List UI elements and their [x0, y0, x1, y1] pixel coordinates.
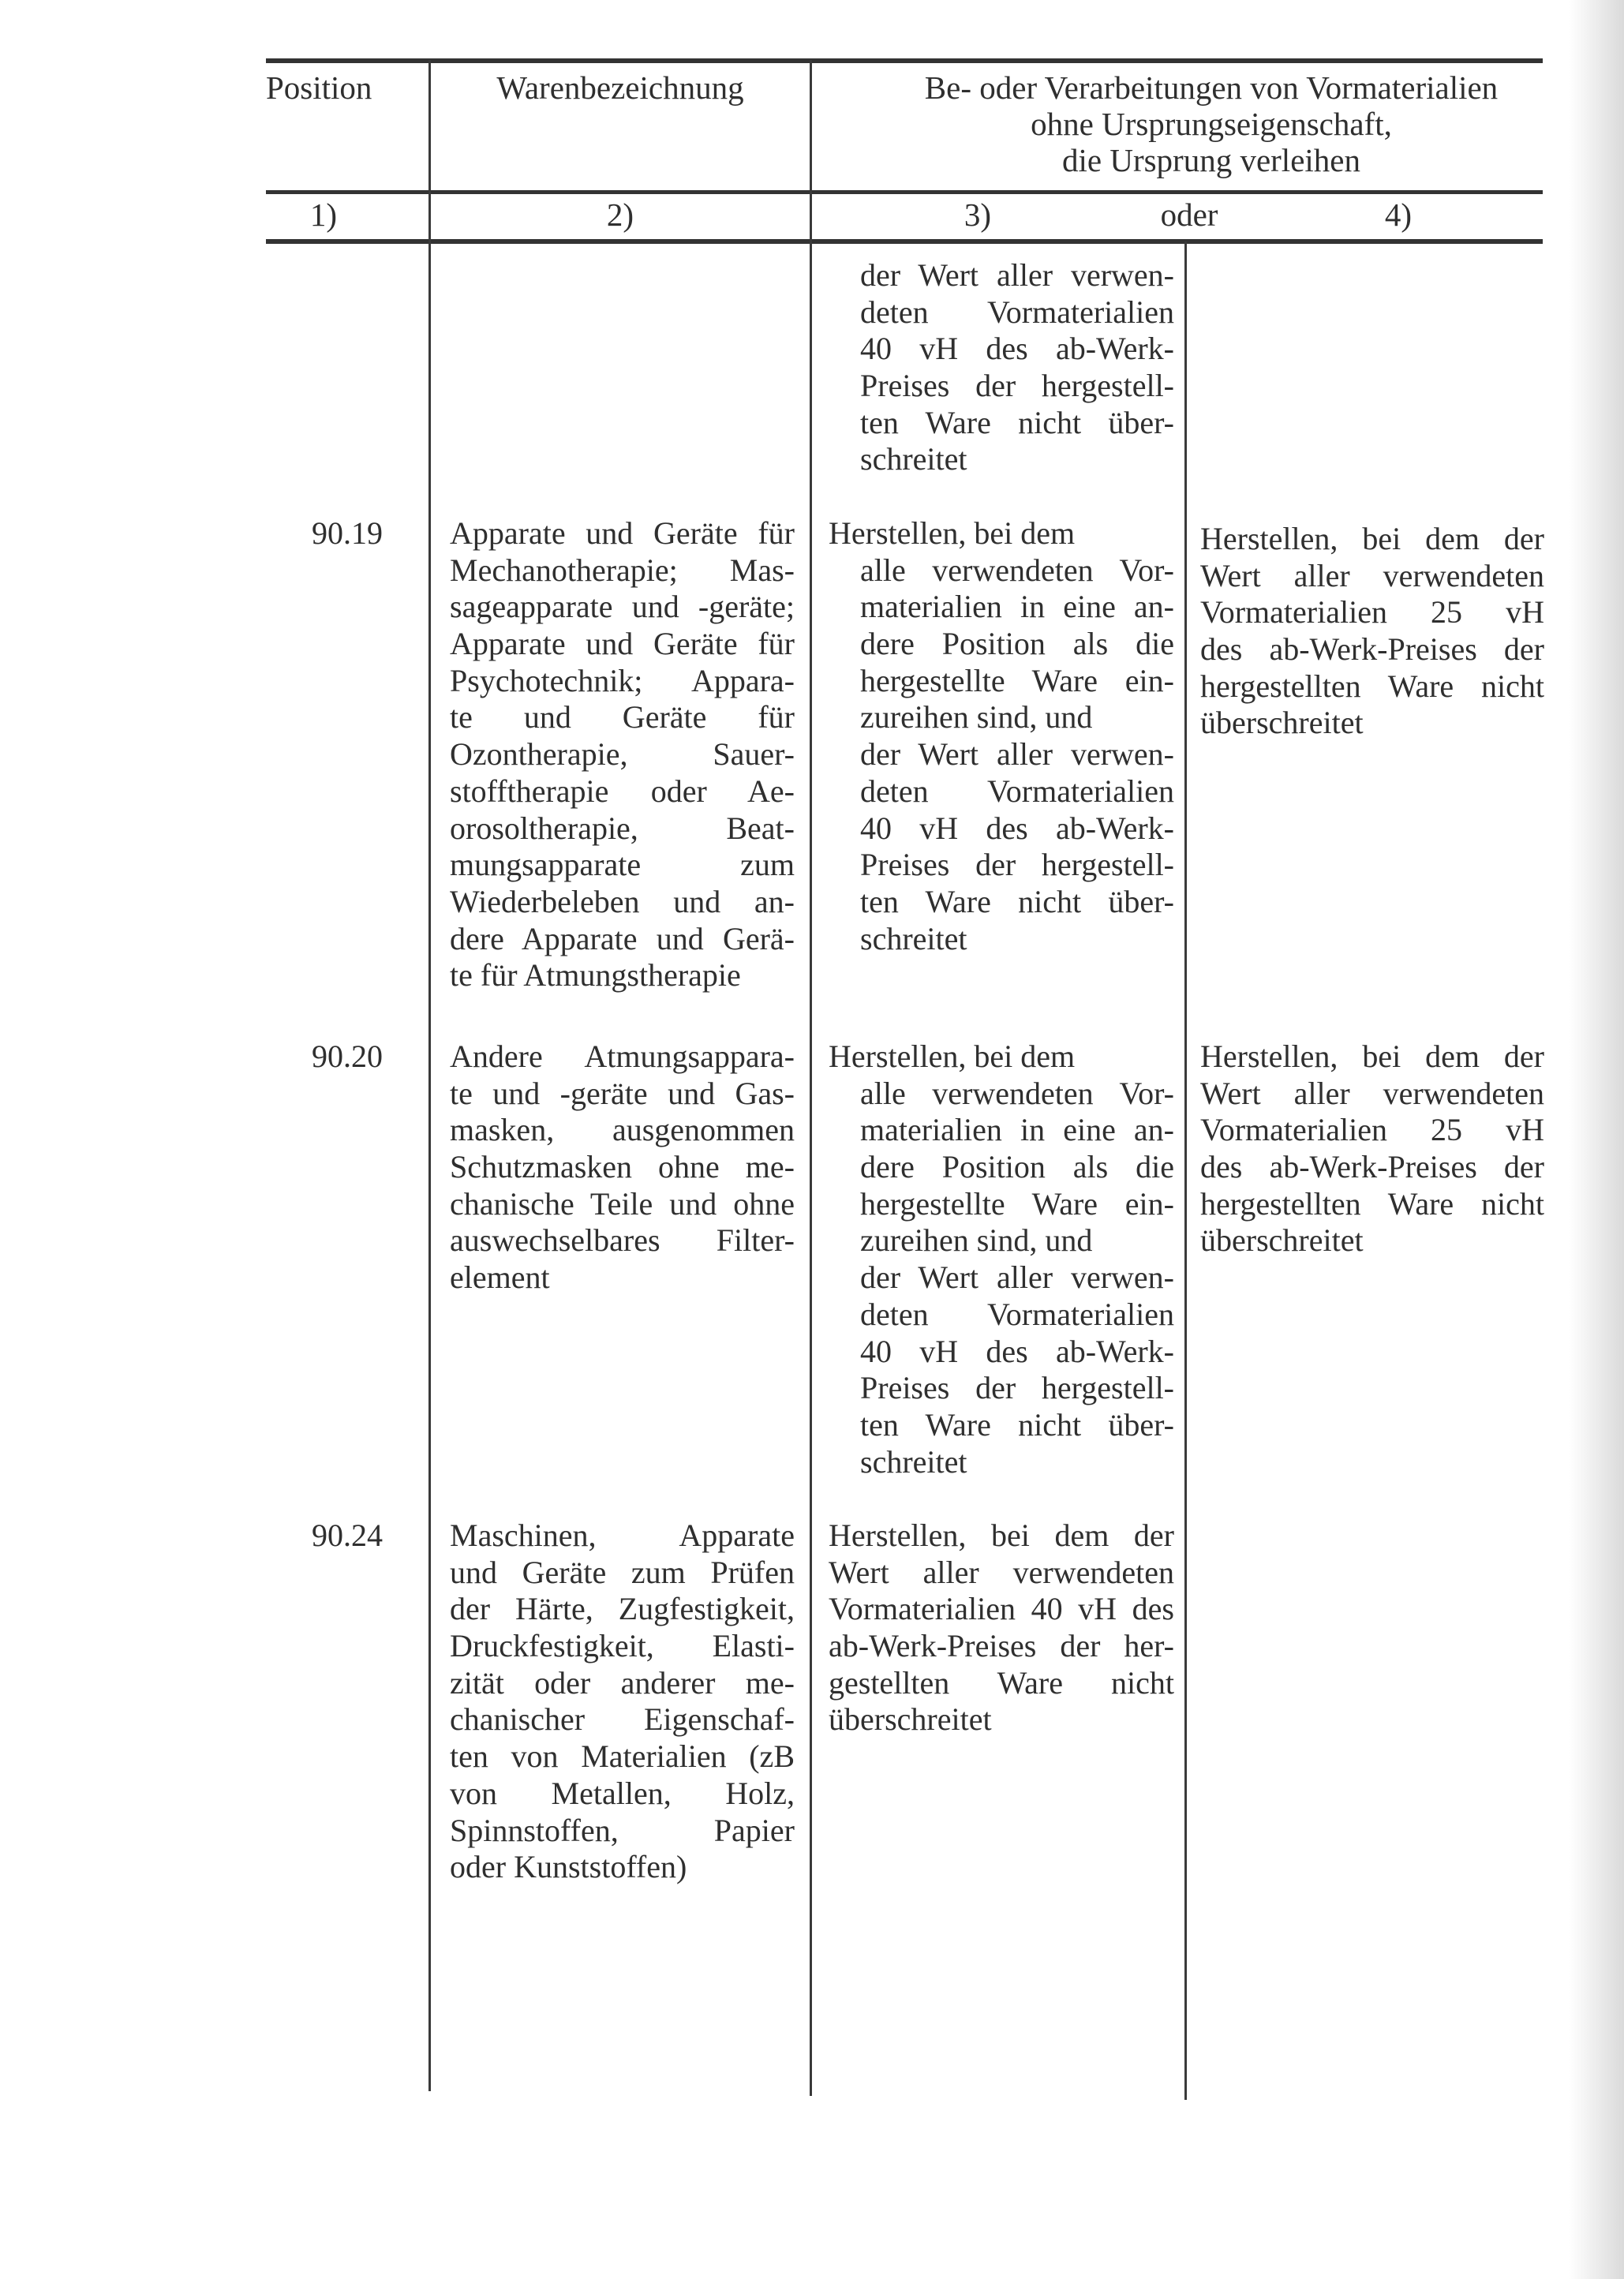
- line-text: Preises der hergestell-: [860, 368, 1174, 403]
- line-text: und Geräte zum Prüfen: [450, 1555, 795, 1590]
- line-text: des ab-Werk-Preises der: [1200, 1149, 1544, 1184]
- column-divider-1: [428, 60, 431, 2091]
- line-text: Maschinen, Apparate: [450, 1517, 795, 1553]
- text-line: zität oder anderer me-: [450, 1665, 795, 1702]
- text-line: element: [450, 1259, 795, 1297]
- row-3-rule-3-cell: Herstellen, bei dem derWert aller verwen…: [829, 1517, 1174, 1738]
- line-text: schreitet: [860, 921, 967, 956]
- text-line: Wert aller verwendeten: [829, 1555, 1174, 1592]
- list-item-line: –der Wert aller verwen-: [860, 736, 1174, 773]
- row-position: 90.19: [312, 515, 383, 552]
- line-text: Vormaterialien 25 vH: [1200, 1112, 1544, 1147]
- text-line: Mechanotherapie; Mas-: [450, 552, 795, 589]
- text-line: chanischer Eigenschaf-: [450, 1701, 795, 1738]
- row-position: 90.24: [312, 1517, 383, 1555]
- text-line: und Geräte zum Prüfen: [450, 1555, 795, 1592]
- text-line: überschreitet: [1200, 1222, 1544, 1259]
- line-text: materialien in eine an-: [860, 589, 1174, 624]
- column-number-3: 3): [954, 196, 1001, 233]
- line-text: zureihen sind, und: [860, 699, 1092, 735]
- text-line: gestellten Ware nicht: [829, 1665, 1174, 1702]
- text-line: Herstellen, bei dem der: [1200, 521, 1544, 558]
- line-text: orosoltherapie, Beat-: [450, 810, 795, 846]
- text-line: schreitet: [860, 921, 1174, 958]
- text-line: zureihen sind, und: [860, 1222, 1174, 1259]
- text-line: Druckfestigkeit, Elasti-: [450, 1628, 795, 1665]
- line-text: Spinnstoffen, Papier: [450, 1813, 795, 1848]
- row-position: 90.20: [312, 1038, 383, 1076]
- column-number-separator-oder: oder: [1142, 196, 1237, 233]
- line-text: element: [450, 1259, 550, 1295]
- line-text: der Wert aller verwen-: [860, 736, 1174, 772]
- line-text: überschreitet: [829, 1701, 992, 1737]
- line-text: 40 vH des ab-Werk-: [860, 331, 1174, 366]
- text-line: Preises der hergestell-: [860, 847, 1174, 884]
- line-text: Mechanotherapie; Mas-: [450, 552, 795, 588]
- line-text: alle verwendeten Vor-: [860, 1076, 1174, 1111]
- line-text: alle verwendeten Vor-: [860, 552, 1174, 588]
- line-text: 40 vH des ab-Werk-: [860, 810, 1174, 846]
- list-item-line: –der Wert aller verwen-: [860, 257, 1174, 294]
- line-text: Herstellen, bei dem: [829, 1038, 1075, 1074]
- text-line: Wert aller verwendeten: [1200, 1076, 1544, 1113]
- text-line: Schutzmasken ohne me-: [450, 1149, 795, 1186]
- text-line: hergestellten Ware nicht: [1200, 1186, 1544, 1223]
- line-text: Herstellen, bei dem der: [1200, 1038, 1544, 1074]
- line-text: Schutzmasken ohne me-: [450, 1149, 795, 1184]
- line-text: Herstellen, bei dem der: [829, 1517, 1174, 1553]
- row-3-description-cell: Maschinen, Apparateund Geräte zum Prüfen…: [450, 1517, 795, 1886]
- line-text: Wiederbeleben und an-: [450, 884, 795, 919]
- text-line: dere Position als die: [860, 626, 1174, 663]
- text-line: hergestellte Ware ein-: [860, 663, 1174, 700]
- text-line: Vormaterialien 40 vH des: [829, 1591, 1174, 1628]
- line-text: ten Ware nicht über-: [860, 884, 1174, 919]
- row-2-rule-3-cell: Herstellen, bei dem–alle verwendeten Vor…: [829, 1038, 1174, 1480]
- text-line: Spinnstoffen, Papier: [450, 1813, 795, 1850]
- scan-edge-shadow: [1569, 0, 1624, 2279]
- line-text: Apparate und Geräte für: [450, 626, 795, 661]
- column-divider-2: [810, 60, 812, 2096]
- text-line: ten Ware nicht über-: [860, 1407, 1174, 1444]
- text-line: hergestellte Ware ein-: [860, 1186, 1174, 1223]
- line-text: ten Ware nicht über-: [860, 1407, 1174, 1443]
- line-text: deten Vormaterialien: [860, 1297, 1174, 1332]
- line-text: hergestellte Ware ein-: [860, 1186, 1174, 1222]
- text-line: oder Kunststoffen): [450, 1849, 795, 1886]
- text-line: schreitet: [860, 1444, 1174, 1481]
- text-line: Ozontherapie, Sauer-: [450, 736, 795, 773]
- row-1-rule-4-cell: Herstellen, bei dem derWert aller verwen…: [1200, 521, 1544, 742]
- line-text: Psychotechnik; Appara-: [450, 663, 795, 698]
- header-position: Position: [266, 69, 372, 106]
- line-text: ten Ware nicht über-: [860, 405, 1174, 440]
- text-line: chanische Teile und ohne: [450, 1186, 795, 1223]
- text-line: Herstellen, bei dem der: [829, 1517, 1174, 1555]
- row-0-rule-3-cell: –der Wert aller verwen-deten Vormaterial…: [829, 257, 1174, 478]
- text-line: auswechselbares Filter-: [450, 1222, 795, 1259]
- line-text: hergestellten Ware nicht: [1200, 668, 1544, 704]
- text-line: Vormaterialien 25 vH: [1200, 594, 1544, 631]
- line-text: oder Kunststoffen): [450, 1849, 687, 1884]
- text-line: des ab-Werk-Preises der: [1200, 1149, 1544, 1186]
- line-text: mungsapparate zum: [450, 847, 795, 882]
- text-line: Psychotechnik; Appara-: [450, 663, 795, 700]
- text-line: schreitet: [860, 441, 1174, 478]
- text-line: überschreitet: [1200, 705, 1544, 742]
- header-warenbezeichnung: Warenbezeichnung: [431, 69, 810, 106]
- line-text: gestellten Ware nicht: [829, 1665, 1174, 1701]
- text-line: ab-Werk-Preises der her-: [829, 1628, 1174, 1665]
- line-text: 40 vH des ab-Werk-: [860, 1334, 1174, 1369]
- line-text: Preises der hergestell-: [860, 1370, 1174, 1405]
- text-line: 40 vH des ab-Werk-: [860, 810, 1174, 848]
- line-text: ten von Materialien (zB: [450, 1738, 795, 1774]
- text-line: hergestellten Ware nicht: [1200, 668, 1544, 705]
- row-1-rule-3-cell: Herstellen, bei dem–alle verwendeten Vor…: [829, 515, 1174, 957]
- line-text: Herstellen, bei dem der: [1200, 521, 1544, 556]
- line-text: Herstellen, bei dem: [829, 515, 1075, 551]
- text-line: Preises der hergestell-: [860, 368, 1174, 405]
- column-number-1: 1): [300, 196, 347, 233]
- text-line: ten von Materialien (zB: [450, 1738, 795, 1776]
- text-line: Herstellen, bei dem: [829, 1038, 1174, 1076]
- line-text: auswechselbares Filter-: [450, 1222, 795, 1258]
- line-text: schreitet: [860, 1444, 967, 1480]
- text-line: Apparate und Geräte für: [450, 515, 795, 552]
- text-line: Herstellen, bei dem: [829, 515, 1174, 552]
- text-line: dere Position als die: [860, 1149, 1174, 1186]
- text-line: deten Vormaterialien: [860, 294, 1174, 331]
- line-text: zität oder anderer me-: [450, 1665, 795, 1701]
- text-line: deten Vormaterialien: [860, 773, 1174, 810]
- line-text: hergestellte Ware ein-: [860, 663, 1174, 698]
- text-line: te und -geräte und Gas-: [450, 1076, 795, 1113]
- column-number-2: 2): [597, 196, 644, 233]
- line-text: der Härte, Zugfestigkeit,: [450, 1591, 795, 1626]
- text-line: Herstellen, bei dem der: [1200, 1038, 1544, 1076]
- row-2-rule-4-cell: Herstellen, bei dem derWert aller verwen…: [1200, 1038, 1544, 1259]
- line-text: dere Position als die: [860, 626, 1174, 661]
- list-item-line: –der Wert aller verwen-: [860, 1259, 1174, 1297]
- line-text: te für Atmungstherapie: [450, 957, 741, 993]
- text-line: Apparate und Geräte für: [450, 626, 795, 663]
- line-text: Wert aller verwendeten: [1200, 558, 1544, 593]
- text-line: ten Ware nicht über-: [860, 884, 1174, 921]
- line-text: Preises der hergestell-: [860, 847, 1174, 882]
- text-line: des ab-Werk-Preises der: [1200, 631, 1544, 668]
- text-line: te für Atmungstherapie: [450, 957, 795, 994]
- line-text: Wert aller verwendeten: [1200, 1076, 1544, 1111]
- line-text: Druckfestigkeit, Elasti-: [450, 1628, 795, 1663]
- header-verarbeitung-line-1: Be- oder Verarbeitungen von Vormateriali…: [876, 69, 1547, 106]
- text-line: der Härte, Zugfestigkeit,: [450, 1591, 795, 1628]
- line-text: zureihen sind, und: [860, 1222, 1092, 1258]
- text-line: zureihen sind, und: [860, 699, 1174, 736]
- text-line: sageapparate und -geräte;: [450, 589, 795, 626]
- line-text: dere Apparate und Gerä-: [450, 921, 795, 956]
- text-line: materialien in eine an-: [860, 589, 1174, 626]
- text-line: Andere Atmungsappara-: [450, 1038, 795, 1076]
- text-line: 40 vH des ab-Werk-: [860, 331, 1174, 368]
- text-line: 40 vH des ab-Werk-: [860, 1334, 1174, 1371]
- text-line: Wiederbeleben und an-: [450, 884, 795, 921]
- line-text: von Metallen, Holz,: [450, 1776, 795, 1811]
- text-line: deten Vormaterialien: [860, 1297, 1174, 1334]
- line-text: deten Vormaterialien: [860, 773, 1174, 809]
- line-text: überschreitet: [1200, 705, 1364, 740]
- text-line: Wert aller verwendeten: [1200, 558, 1544, 595]
- line-text: schreitet: [860, 441, 967, 477]
- row-1-description-cell: Apparate und Geräte fürMechanotherapie; …: [450, 515, 795, 994]
- line-text: sageapparate und -geräte;: [450, 589, 795, 624]
- line-text: stofftherapie oder Ae-: [450, 773, 795, 809]
- header-separator-rule: [266, 190, 1543, 194]
- line-text: hergestellten Ware nicht: [1200, 1186, 1544, 1222]
- line-text: deten Vormaterialien: [860, 294, 1174, 330]
- line-text: chanische Teile und ohne: [450, 1186, 795, 1222]
- line-text: Wert aller verwendeten: [829, 1555, 1174, 1590]
- line-text: des ab-Werk-Preises der: [1200, 631, 1544, 667]
- line-text: te und -geräte und Gas-: [450, 1076, 795, 1111]
- text-line: von Metallen, Holz,: [450, 1776, 795, 1813]
- text-line: Vormaterialien 25 vH: [1200, 1112, 1544, 1149]
- column-numbers-rule: [266, 239, 1543, 244]
- line-text: Vormaterialien 25 vH: [1200, 594, 1544, 630]
- header-verarbeitung-line-3: die Ursprung verleihen: [876, 142, 1547, 178]
- column-divider-3: [1184, 241, 1187, 2100]
- list-item-line: –alle verwendeten Vor-: [860, 1076, 1174, 1113]
- text-line: Maschinen, Apparate: [450, 1517, 795, 1555]
- text-line: überschreitet: [829, 1701, 1174, 1738]
- text-line: Preises der hergestell-: [860, 1370, 1174, 1407]
- line-text: überschreitet: [1200, 1222, 1364, 1258]
- text-line: ten Ware nicht über-: [860, 405, 1174, 442]
- line-text: materialien in eine an-: [860, 1112, 1174, 1147]
- table-top-rule: [266, 58, 1543, 63]
- line-text: dere Position als die: [860, 1149, 1174, 1184]
- row-2-description-cell: Andere Atmungsappara-te und -geräte und …: [450, 1038, 795, 1297]
- list-item-line: –alle verwendeten Vor-: [860, 552, 1174, 589]
- line-text: der Wert aller verwen-: [860, 257, 1174, 293]
- line-text: Andere Atmungsappara-: [450, 1038, 795, 1074]
- text-line: te und Geräte für: [450, 699, 795, 736]
- line-text: Vormaterialien 40 vH des: [829, 1591, 1174, 1626]
- text-line: stofftherapie oder Ae-: [450, 773, 795, 810]
- line-text: Ozontherapie, Sauer-: [450, 736, 795, 772]
- column-number-4: 4): [1375, 196, 1422, 233]
- text-line: mungsapparate zum: [450, 847, 795, 884]
- line-text: Apparate und Geräte für: [450, 515, 795, 551]
- text-line: orosoltherapie, Beat-: [450, 810, 795, 848]
- text-line: masken, ausgenommen: [450, 1112, 795, 1149]
- line-text: der Wert aller verwen-: [860, 1259, 1174, 1295]
- line-text: ab-Werk-Preises der her-: [829, 1628, 1174, 1663]
- text-line: dere Apparate und Gerä-: [450, 921, 795, 958]
- header-verarbeitung-line-2: ohne Ursprungseigenschaft,: [876, 106, 1547, 142]
- line-text: chanischer Eigenschaf-: [450, 1701, 795, 1737]
- line-text: masken, ausgenommen: [450, 1112, 795, 1147]
- line-text: te und Geräte für: [450, 699, 795, 735]
- text-line: materialien in eine an-: [860, 1112, 1174, 1149]
